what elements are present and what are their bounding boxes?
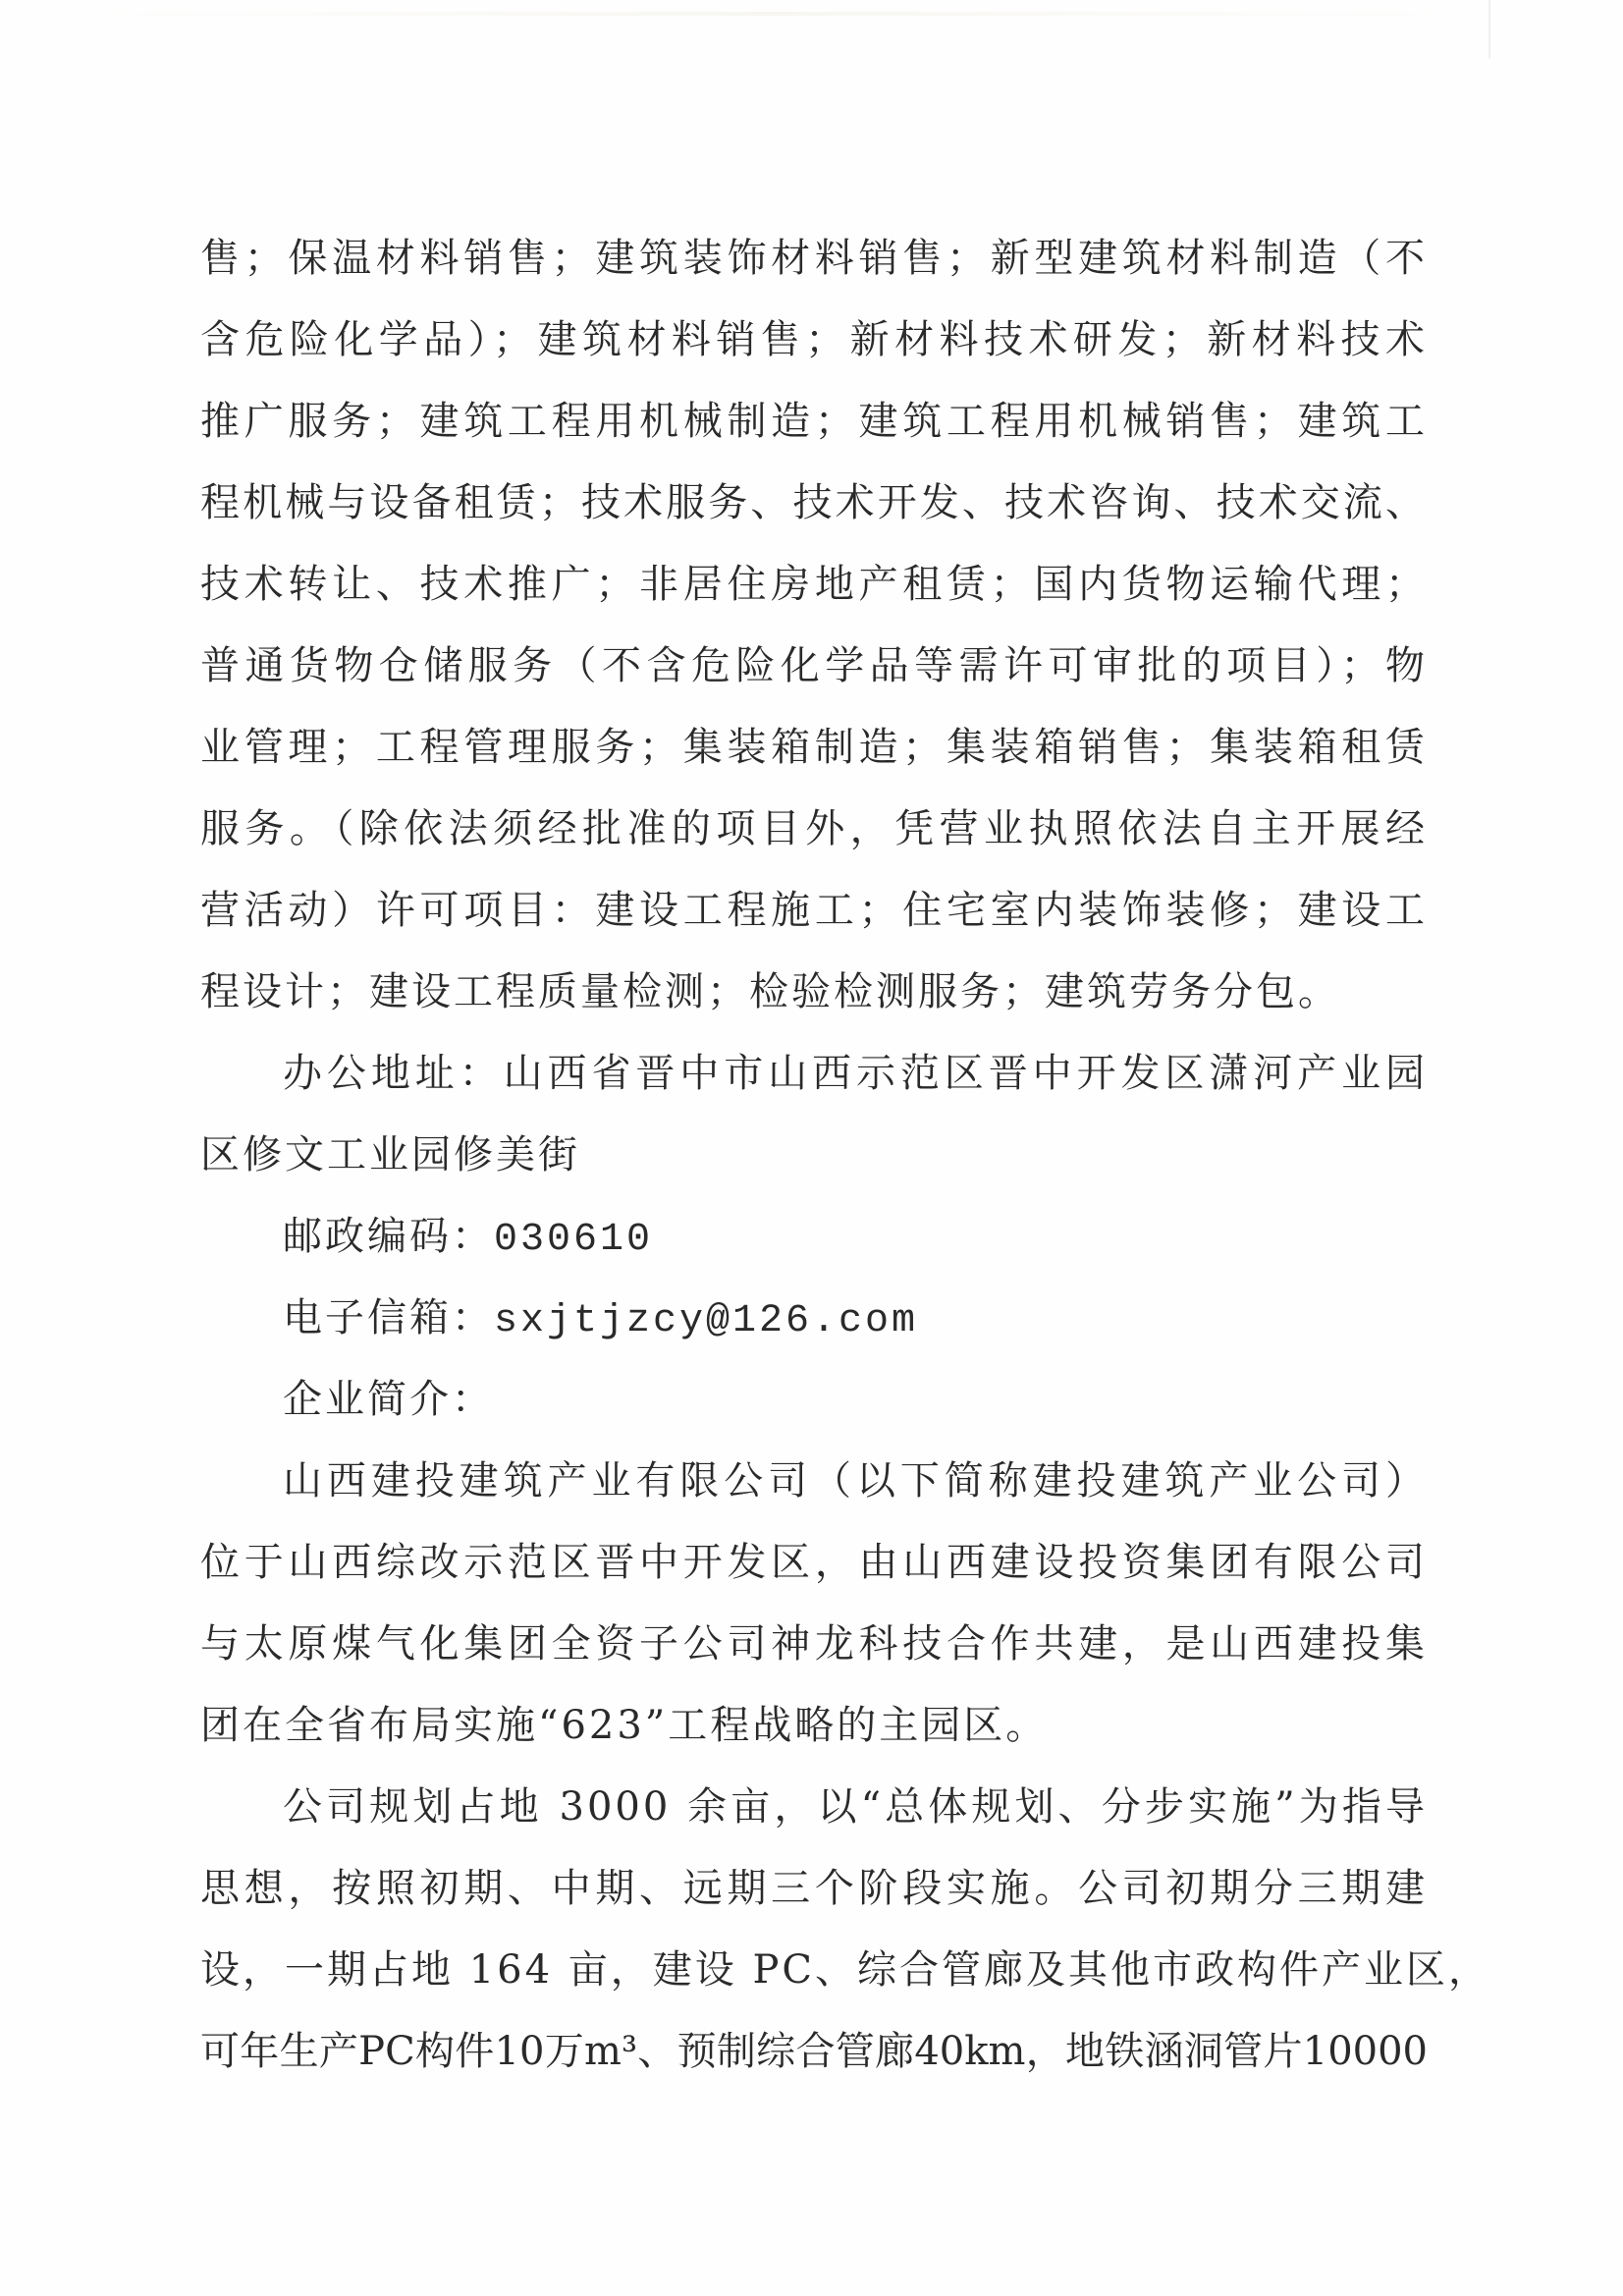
text-line: 公司规划占地 3000 余亩，以“总体规划、分步实施”为指导 [200,1767,1428,1848]
text-line: 山西建投建筑产业有限公司（以下简称建投建筑产业公司） [200,1441,1428,1522]
office-address-line: 办公地址：山西省晋中市山西示范区晋中开发区潇河产业园 [200,1033,1428,1115]
profile-heading: 企业简介： [200,1359,1428,1441]
postal-code-value: 030610 [494,1218,653,1262]
text-line: 可年生产PC构件10万m³、预制综合管廊40km，地铁涵洞管片10000 [200,2011,1428,2093]
scan-artifact-right [1488,0,1490,59]
scan-artifact-top [79,12,1473,16]
text-line: 售；保温材料销售；建筑装饰材料销售；新型建筑材料制造（不 [200,218,1428,300]
text-line: 营活动）许可项目：建设工程施工；住宅室内装饰装修；建设工 [200,870,1428,952]
email-label: 电子信箱： [283,1295,494,1340]
office-address-label: 办公地址： [283,1051,504,1096]
text-line: 设，一期占地 164 亩，建设 PC、综合管廊及其他市政构件产业区， [200,1930,1428,2011]
postal-code-label: 邮政编码： [283,1214,494,1259]
text-line: 位于山西综改示范区晋中开发区，由山西建设投资集团有限公司 [200,1522,1428,1604]
email-line: 电子信箱：sxjtjzcy@126.com [200,1278,1428,1359]
text-line: 含危险化学品）；建筑材料销售；新材料技术研发；新材料技术 [200,300,1428,381]
document-page: 售；保温材料销售；建筑装饰材料销售；新型建筑材料制造（不 含危险化学品）；建筑材… [0,0,1623,2296]
text-line: 技术转让、技术推广；非居住房地产租赁；国内货物运输代理； [200,544,1428,626]
text-line: 思想，按照初期、中期、远期三个阶段实施。公司初期分三期建 [200,1848,1428,1930]
profile-paragraph-1: 山西建投建筑产业有限公司（以下简称建投建筑产业公司） 位于山西综改示范区晋中开发… [200,1441,1428,1767]
text-line: 与太原煤气化集团全资子公司神龙科技合作共建，是山西建投集 [200,1604,1428,1685]
office-address-line-2: 区修文工业园修美街 [200,1115,1428,1196]
text-line: 程设计；建设工程质量检测；检验检测服务；建筑劳务分包。 [200,952,1428,1033]
text-line: 服务。（除依法须经批准的项目外，凭营业执照依法自主开展经 [200,789,1428,870]
office-address-section: 办公地址：山西省晋中市山西示范区晋中开发区潇河产业园 区修文工业园修美街 [200,1033,1428,1196]
business-scope-section: 售；保温材料销售；建筑装饰材料销售；新型建筑材料制造（不 含危险化学品）；建筑材… [200,218,1428,1033]
text-line: 推广服务；建筑工程用机械制造；建筑工程用机械销售；建筑工 [200,381,1428,463]
document-body: 售；保温材料销售；建筑装饰材料销售；新型建筑材料制造（不 含危险化学品）；建筑材… [200,218,1428,2093]
text-line: 程机械与设备租赁；技术服务、技术开发、技术咨询、技术交流、 [200,463,1428,544]
text-line: 普通货物仓储服务（不含危险化学品等需许可审批的项目）；物 [200,626,1428,707]
profile-paragraph-2: 公司规划占地 3000 余亩，以“总体规划、分步实施”为指导 思想，按照初期、中… [200,1767,1428,2093]
text-line: 团在全省布局实施“623”工程战略的主园区。 [200,1685,1428,1767]
office-address-value: 山西省晋中市山西示范区晋中开发区潇河产业园 [504,1051,1428,1096]
text-line: 业管理；工程管理服务；集装箱制造；集装箱销售；集装箱租赁 [200,707,1428,789]
email-value: sxjtjzcy@126.com [494,1299,918,1343]
postal-code-line: 邮政编码：030610 [200,1196,1428,1278]
